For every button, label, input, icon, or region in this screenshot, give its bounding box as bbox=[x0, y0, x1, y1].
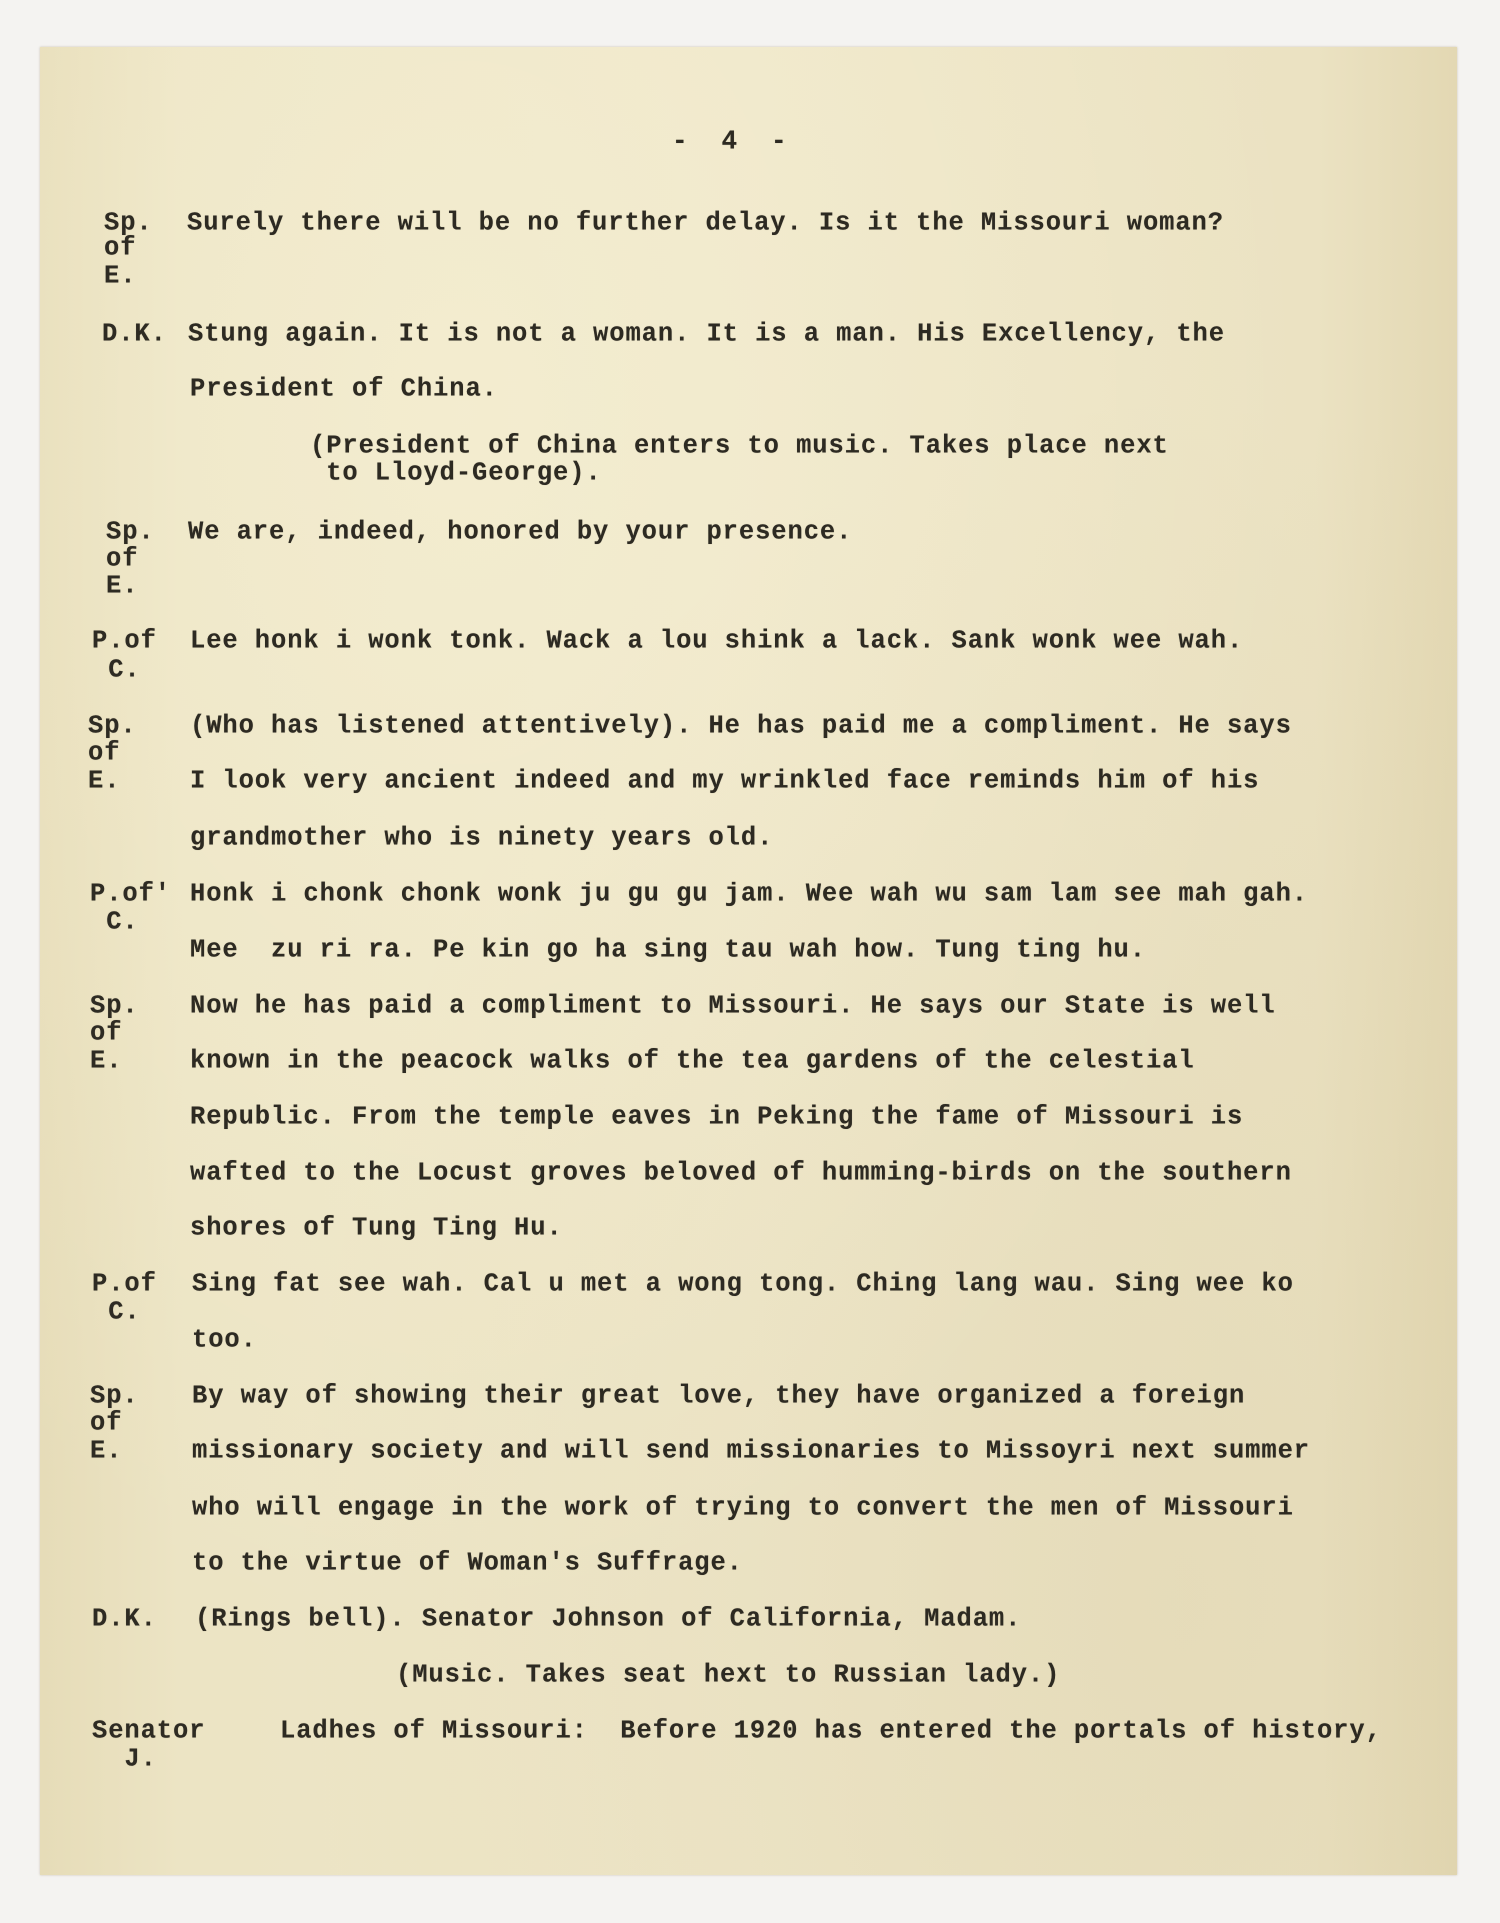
dialogue-line: who will engage in the work of trying to… bbox=[192, 1494, 1294, 1523]
dialogue-line: Sing fat see wah. Cal u met a wong tong.… bbox=[192, 1270, 1294, 1299]
speaker-label: Senator bbox=[92, 1717, 205, 1746]
dialogue-line: Lee honk i wonk tonk. Wack a lou shink a… bbox=[190, 627, 1243, 656]
dialogue-line: to the virtue of Woman's Suffrage. bbox=[192, 1549, 743, 1578]
dialogue-line: (Who has listened attentively). He has p… bbox=[190, 712, 1292, 741]
speaker-label: D.K. bbox=[92, 1605, 157, 1634]
dialogue-line: known in the peacock walks of the tea ga… bbox=[190, 1047, 1195, 1076]
speaker-label: E. bbox=[90, 1047, 122, 1076]
dialogue-line: Ladhes of Missouri: Before 1920 has ente… bbox=[280, 1717, 1382, 1746]
stage-direction: (Music. Takes seat hext to Russian lady.… bbox=[396, 1661, 1060, 1690]
dialogue-line: missionary society and will send mission… bbox=[192, 1437, 1310, 1466]
dialogue-line: (Rings bell). Senator Johnson of Califor… bbox=[195, 1605, 1021, 1634]
speaker-label: Sp. bbox=[106, 518, 155, 547]
dialogue-line: Honk i chonk chonk wonk ju gu gu jam. We… bbox=[190, 880, 1308, 909]
stage-direction: to Lloyd-George). bbox=[310, 459, 602, 488]
dialogue-line: We are, indeed, honored by your presence… bbox=[188, 518, 852, 547]
speaker-label: D.K. bbox=[102, 320, 167, 349]
dialogue-line: By way of showing their great love, they… bbox=[192, 1382, 1245, 1411]
speaker-label: E. bbox=[88, 767, 120, 796]
speaker-label: of bbox=[90, 1019, 122, 1048]
stage-direction: (President of China enters to music. Tak… bbox=[310, 432, 1169, 461]
page-number: - 4 - bbox=[672, 127, 788, 156]
dialogue-line: Now he has paid a compliment to Missouri… bbox=[190, 992, 1276, 1021]
dialogue-line: Mee zu ri ra. Pe kin go ha sing tau wah … bbox=[190, 936, 1146, 965]
speaker-label: C. bbox=[92, 1298, 141, 1327]
dialogue-line: Surely there will be no further delay. I… bbox=[187, 209, 1224, 238]
speaker-label: of bbox=[90, 1409, 122, 1438]
speaker-label: Sp. bbox=[90, 992, 139, 1021]
dialogue-line: President of China. bbox=[190, 375, 498, 404]
speaker-label: C. bbox=[92, 656, 141, 685]
speaker-label: Sp. bbox=[88, 712, 137, 741]
dialogue-line: wafted to the Locust groves beloved of h… bbox=[190, 1159, 1292, 1188]
speaker-label: P.of bbox=[92, 1270, 157, 1299]
dialogue-line: I look very ancient indeed and my wrinkl… bbox=[190, 767, 1259, 796]
speaker-label: of bbox=[106, 545, 138, 574]
speaker-label: Sp. bbox=[90, 1382, 139, 1411]
dialogue-line: grandmother who is ninety years old. bbox=[190, 824, 773, 853]
speaker-label: E. bbox=[104, 262, 136, 291]
dialogue-line: too. bbox=[192, 1326, 257, 1355]
speaker-label: P.of bbox=[92, 627, 157, 656]
dialogue-line: shores of Tung Ting Hu. bbox=[190, 1214, 563, 1243]
dialogue-line: Stung again. It is not a woman. It is a … bbox=[188, 320, 1225, 349]
dialogue-line: Republic. From the temple eaves in Pekin… bbox=[190, 1103, 1243, 1132]
speaker-label: E. bbox=[90, 1437, 122, 1466]
speaker-label: E. bbox=[106, 572, 138, 601]
speaker-label: J. bbox=[92, 1745, 157, 1774]
speaker-label: of bbox=[104, 234, 136, 263]
speaker-label: C. bbox=[90, 908, 139, 937]
speaker-label: P.of' bbox=[90, 880, 171, 909]
speaker-label: of bbox=[88, 739, 120, 768]
